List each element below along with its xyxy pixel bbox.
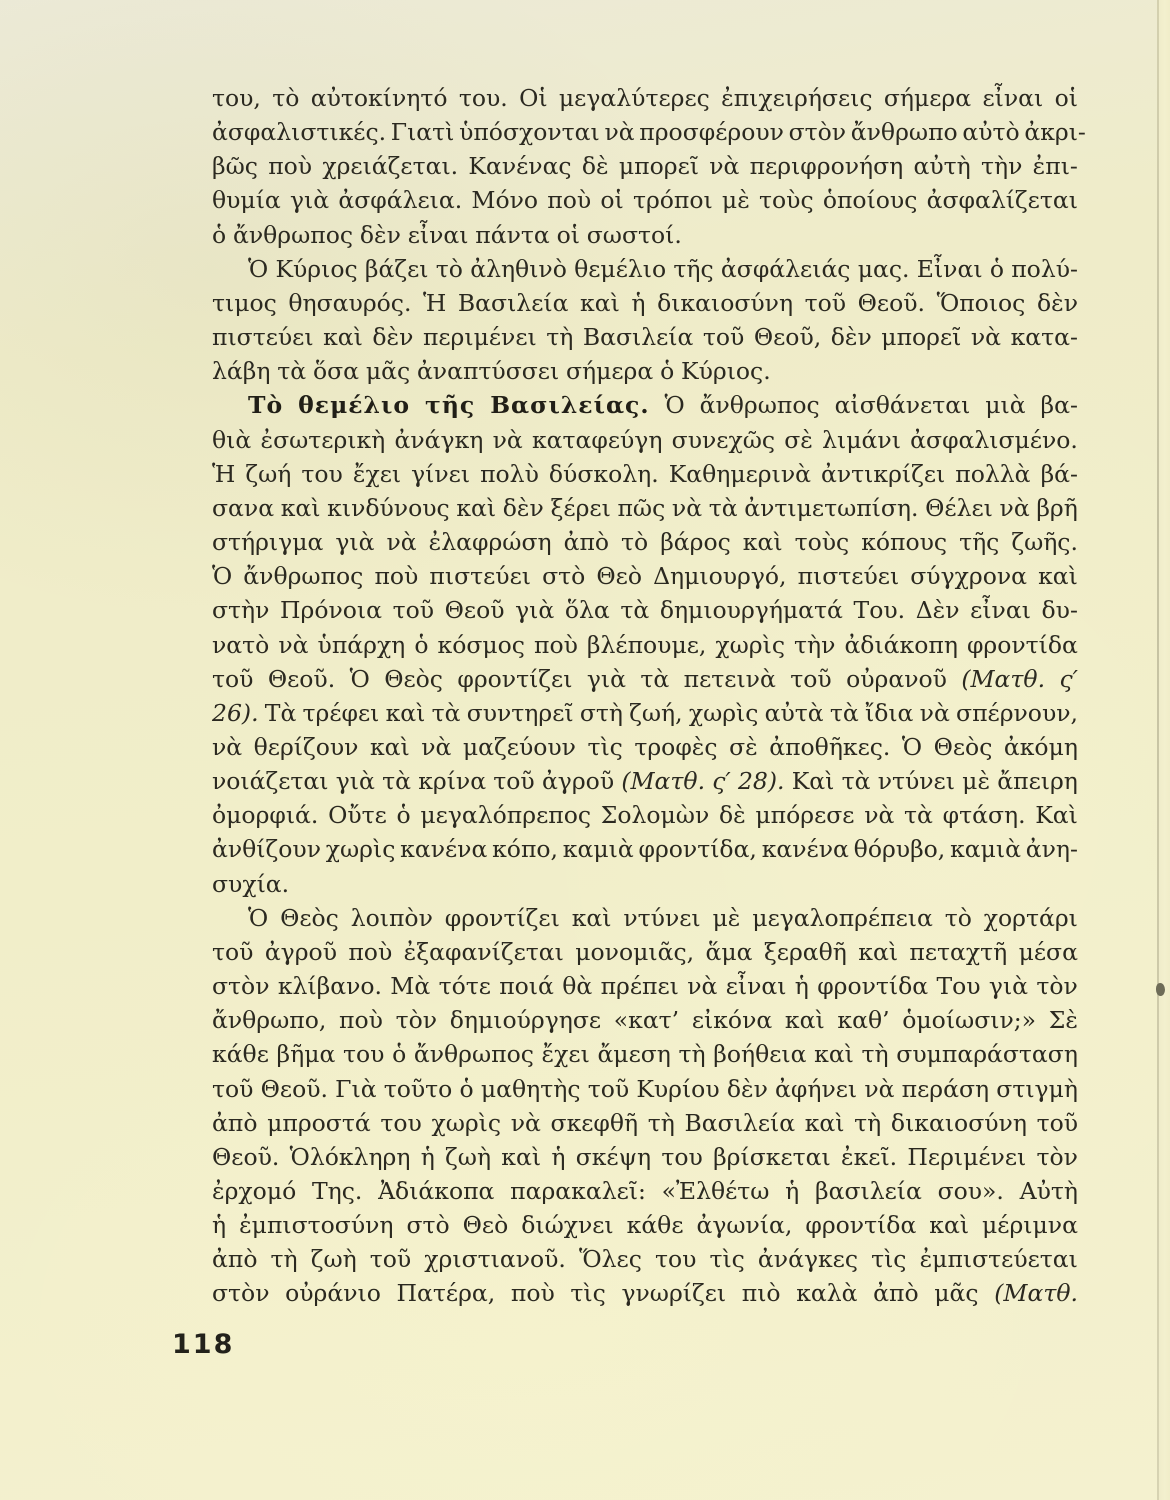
page-number: 118: [172, 1329, 234, 1360]
word: καὶ: [814, 1040, 854, 1068]
word: ντύνει: [623, 904, 700, 932]
word: ἐμπιστεύεται: [920, 1245, 1078, 1273]
word: τοῦ: [588, 1075, 629, 1103]
word: δὲ: [582, 152, 609, 180]
word: τῆς: [959, 528, 999, 556]
word: τὸ: [945, 904, 972, 932]
word: Οὔτε: [328, 801, 387, 829]
word: ὁ: [392, 1040, 406, 1068]
word: Του.: [854, 596, 906, 624]
word: μὲ: [962, 767, 990, 795]
book-page: του,τὸαὐτοκίνητότου.Οἱμεγαλύτερεςἐπιχειρ…: [0, 0, 1170, 1500]
word: ἴδια: [865, 699, 913, 727]
word: πετεινὰ: [684, 665, 776, 693]
text-line: τιμοςθησαυρός.ἩΒασιλείακαὶἡδικαιοσύνητοῦ…: [212, 289, 1078, 323]
word: θεμέλιο: [574, 255, 666, 283]
word: ποιά: [499, 972, 554, 1000]
word: λάβη: [212, 357, 270, 385]
text-line: ΤὸθεμέλιοτῆςΒασιλείας.Ὁἄνθρωποςαἰσθάνετα…: [212, 391, 1078, 425]
word: ἀσφαλίζεται: [927, 186, 1078, 214]
text-line: τοῦΘεοῦ.ὉΘεὸςφροντίζειγιὰτὰπετεινὰτοῦοὐρ…: [212, 665, 1078, 699]
word: αὐτὴ: [913, 152, 970, 180]
text-line: ἀσφαλιστικές.Γιατὶὑπόσχονταινὰπροσφέρουν…: [212, 118, 1078, 152]
word: ποὺ: [268, 152, 312, 180]
word: 28).: [738, 767, 785, 795]
word: ἐπι-: [1033, 152, 1078, 180]
word: ἐπιχειρήσεις: [721, 84, 872, 112]
word: Θεοῦ: [445, 596, 505, 624]
word: Τὰ: [265, 699, 297, 727]
text-line: Ἡζωήτουἔχειγίνειπολὺδύσκολη.Καθημερινὰἀν…: [212, 460, 1078, 494]
word: δημιουργήματά: [660, 596, 843, 624]
word: νὰ: [212, 733, 242, 761]
word: τὰ: [382, 767, 411, 795]
word: γιὰ: [989, 972, 1028, 1000]
word: αἰσθάνεται: [835, 391, 971, 419]
word: «κατ’: [614, 1006, 679, 1034]
word: προσφέρουν: [639, 118, 784, 146]
word: τὰ: [277, 357, 306, 385]
word: τιμος: [212, 289, 277, 317]
word: Καὶ: [1035, 801, 1078, 829]
word: γνωρίζει: [621, 1279, 726, 1307]
text-line: ἀπὸτὴζωὴτοῦχριστιανοῦ.Ὅλεςτουτὶςἀνάγκεςτ…: [212, 1245, 1078, 1279]
word: δύσκολη.: [549, 460, 659, 488]
word: Πατέρα,: [397, 1279, 496, 1307]
word: ὁ: [460, 1075, 474, 1103]
word: σωστοί.: [587, 221, 682, 249]
word: ἄμεση: [597, 1040, 670, 1068]
word: στὸν: [212, 1279, 269, 1307]
word: νοιάζεται: [212, 767, 329, 795]
word: σήμερα: [566, 357, 653, 385]
word: ἄνθρωπος: [700, 391, 820, 419]
word: νὰ: [687, 972, 717, 1000]
word: Δημιουργό,: [653, 562, 786, 590]
word: ἄνθρωπο,: [212, 1006, 326, 1034]
word: μιὰ: [985, 391, 1025, 419]
word: πολύ-: [1011, 255, 1078, 283]
word: Ὁ: [350, 665, 370, 693]
word: Ὁ: [248, 904, 268, 932]
word: τὴ: [546, 323, 573, 351]
word: ὑπάρχη: [318, 631, 406, 659]
word: ποὺ: [534, 631, 578, 659]
word: Θεοῦ.: [858, 289, 925, 317]
word: ἀντικρίζει: [821, 460, 945, 488]
word: ἄνθρωπος: [414, 1040, 534, 1068]
word: ἡ: [421, 1143, 435, 1171]
word: ἔχει: [353, 460, 401, 488]
word: τότε: [439, 972, 491, 1000]
word: ἀναπτύσσει: [417, 357, 559, 385]
text-line: στὸνκλίβανο.Μὰτότεποιάθὰπρέπεινὰεἶναιἡφρ…: [212, 972, 1078, 1006]
word: περιμένει: [423, 323, 537, 351]
word: Κανένας: [468, 152, 571, 180]
word: τοὺς: [759, 186, 814, 214]
word: βασιλεία: [815, 1177, 922, 1205]
word: Καθημερινὰ: [669, 460, 811, 488]
word: νὰ: [864, 1075, 894, 1103]
word: 26).: [212, 699, 259, 727]
word: οὐρανοῦ: [846, 665, 947, 693]
word: οἱ: [1055, 84, 1078, 112]
word: πῶς: [617, 494, 665, 522]
word: καμιὰ: [563, 835, 634, 863]
word: ποὺ: [348, 938, 392, 966]
word: νὰ: [511, 1109, 541, 1137]
word: Μὰ: [390, 972, 430, 1000]
word: δημιούργησε: [450, 1006, 601, 1034]
word: περιφρονήση: [750, 152, 904, 180]
word: πολλὰ: [955, 460, 1030, 488]
word: ἀγροῦ: [542, 767, 614, 795]
word: ἀνάγκη: [395, 426, 484, 454]
text-line: ἀπὸμπροστάτουχωρὶςνὰσκεφθῆτὴΒασιλείακαὶτ…: [212, 1109, 1078, 1143]
word: του.: [459, 84, 508, 112]
word: καὶ: [456, 494, 496, 522]
word: Ὁ: [664, 391, 684, 419]
word: εἶναι: [726, 972, 787, 1000]
word: καὶ: [572, 904, 612, 932]
word: γιὰ: [336, 767, 375, 795]
word: νὰ: [920, 699, 950, 727]
word: του: [655, 1245, 696, 1273]
text-line: βῶςποὺχρειάζεται.Κανέναςδὲμπορεῖνὰπεριφρ…: [212, 152, 1078, 186]
page-text-block: του,τὸαὐτοκίνητότου.Οἱμεγαλύτερεςἐπιχειρ…: [212, 84, 1078, 1314]
word: ἐκεῖ.: [841, 1143, 897, 1171]
word: τοῦ: [212, 665, 253, 693]
text-line: στὸνοὐράνιοΠατέρα,ποὺτὶςγνωρίζειπιὸκαλὰἀ…: [212, 1279, 1078, 1313]
word: φροντίζει: [457, 665, 572, 693]
word: βά-: [1041, 460, 1078, 488]
word: Ἡ: [423, 289, 446, 317]
word: μὲ: [713, 904, 741, 932]
word: στὸν: [789, 118, 846, 146]
word: τὰ: [640, 665, 669, 693]
word: νὰ: [1000, 494, 1030, 522]
word: ὅσα: [313, 357, 359, 385]
word: ἡ: [795, 972, 809, 1000]
word: ξέρει: [550, 494, 610, 522]
word: ἀκόμη: [1004, 733, 1078, 761]
word: ὀμορφιά.: [212, 801, 318, 829]
word: νὰ: [604, 118, 634, 146]
word: Κυρίου: [636, 1075, 719, 1103]
word: πιὸ: [742, 1279, 781, 1307]
ink-speck: [1156, 983, 1165, 996]
word: τὶς: [871, 1245, 906, 1273]
text-line: τοῦἀγροῦποὺἐξαφανίζεταιμονομιᾶς,ἅμαξεραθ…: [212, 938, 1078, 972]
word: ξεραθῆ: [764, 938, 847, 966]
word: τοῦ: [805, 289, 846, 317]
word: Βασιλείας.: [490, 391, 649, 419]
word: νὰ: [278, 631, 308, 659]
word: χωρὶς: [689, 699, 759, 727]
text-line: ἀνθίζουνχωρὶςκανένακόπο,καμιὰφροντίδα,κα…: [212, 835, 1078, 869]
word: συνεχῶς: [672, 426, 775, 454]
word: εἶναι: [970, 596, 1031, 624]
word: εἶναι: [982, 84, 1043, 112]
word: στὸ: [406, 1211, 449, 1239]
word: Θεὸς: [384, 665, 443, 693]
word: μαθητὴς: [481, 1075, 581, 1103]
word: μᾶς: [366, 357, 410, 385]
word: Γιὰ: [335, 1075, 376, 1103]
word: εἶναι: [408, 221, 469, 249]
text-line: λάβητὰὅσαμᾶςἀναπτύσσεισήμεραὁΚύριος.: [212, 357, 1078, 391]
word: καὶ: [386, 699, 426, 727]
word: χωρὶς: [431, 1109, 501, 1137]
word: σὲ: [784, 426, 813, 454]
word: Της.: [312, 1177, 362, 1205]
word: ἅμα: [705, 938, 752, 966]
word: ἐλαφρώση: [429, 528, 552, 556]
word: ἄνθρωπος: [233, 221, 353, 249]
word: λιμάνι: [822, 426, 901, 454]
word: νὰ: [971, 323, 1001, 351]
word: κόπο,: [492, 835, 558, 863]
word: δὲν: [372, 323, 413, 351]
word: ζωὴ: [445, 1143, 491, 1171]
word: Καὶ: [792, 767, 835, 795]
word: βλέπουμε,: [587, 631, 706, 659]
word: βῆμα: [277, 1040, 336, 1068]
word: ἡ: [551, 1143, 565, 1171]
word: Βασιλεία: [583, 323, 694, 351]
word: πιστεύει: [798, 562, 900, 590]
word: (Ματθ.: [621, 767, 705, 795]
word: συμπαράσταση: [896, 1040, 1078, 1068]
word: Ἀδιάκοπα: [378, 1177, 494, 1205]
word: γιὰ: [515, 596, 554, 624]
word: φροντίδα: [805, 1211, 916, 1239]
word: πολὺ: [480, 460, 539, 488]
word: μας.: [858, 255, 910, 283]
word: «Ἐλθέτω: [662, 1177, 770, 1205]
word: Ὅλες: [579, 1245, 642, 1273]
word: γιὰ: [335, 528, 374, 556]
word: ἄνθρωπος: [243, 562, 363, 590]
word: ἀφήνει: [775, 1075, 857, 1103]
word: Θεὸ: [596, 562, 642, 590]
text-line: 26).Τὰτρέφεικαὶτὰσυντηρεῖστὴζωή,χωρὶςαὐτ…: [212, 699, 1078, 733]
word: τὶς: [709, 1245, 744, 1273]
word: ζωή: [245, 460, 291, 488]
word: τὸ: [436, 255, 463, 283]
word: τοῦ: [493, 767, 534, 795]
word: θὰ: [562, 972, 592, 1000]
word: ἀνθίζουν: [212, 835, 321, 863]
word: Θεὸ: [463, 1211, 509, 1239]
word: Πρόνοια: [280, 596, 382, 624]
word: σήμερα: [884, 84, 971, 112]
text-line: ὉΘεὸςλοιπὸνφροντίζεικαὶντύνειμὲμεγαλοπρέ…: [212, 904, 1078, 938]
word: ς′: [1059, 665, 1078, 693]
word: Ὁ: [248, 255, 268, 283]
word: εἰκόνα: [692, 1006, 772, 1034]
word: Κύριος.: [681, 357, 771, 385]
word: τὶς: [570, 1279, 605, 1307]
word: νὰ: [421, 733, 451, 761]
word: κινδύνους: [327, 494, 450, 522]
word: τοῦτο: [384, 1075, 453, 1103]
word: τοῦ: [1037, 1109, 1078, 1137]
word: τὰ: [904, 801, 933, 829]
word: αὐτὰ: [765, 699, 824, 727]
word: φτάση.: [943, 801, 1026, 829]
word: τῆς: [673, 255, 713, 283]
paragraph: του,τὸαὐτοκίνητότου.Οἱμεγαλύτερεςἐπιχειρ…: [212, 84, 1078, 255]
word: τὸν: [396, 1006, 437, 1034]
word: δὲν: [360, 221, 401, 249]
word: ἐξαφανίζεται: [404, 938, 564, 966]
word: στὴ: [580, 699, 623, 727]
word: νὰ: [386, 528, 416, 556]
word: πιστεύει: [212, 323, 314, 351]
word: ἀγροῦ: [265, 938, 337, 966]
word: τοῦ: [393, 596, 434, 624]
word: Ἡ: [212, 460, 235, 488]
word: του,: [212, 84, 261, 112]
word: ἡ: [631, 289, 645, 317]
word: κλίβανο.: [278, 972, 382, 1000]
word: ἀνάγκες: [758, 1245, 858, 1273]
text-line: ἄνθρωπο,ποὺτὸνδημιούργησε«κατ’εἰκόνακαὶκ…: [212, 1006, 1078, 1040]
word: ἀνη-: [1026, 835, 1078, 863]
word: τὰ: [432, 699, 461, 727]
word: καμιὰ: [950, 835, 1021, 863]
word: τὴ: [854, 1109, 881, 1137]
word: καὶ: [1038, 562, 1078, 590]
word: κρίνα: [418, 767, 486, 795]
word: του: [661, 1143, 702, 1171]
text-line: νὰθερίζουνκαὶνὰμαζεύουντὶςτροφὲςσὲἀποθῆκ…: [212, 733, 1078, 767]
word: σὲ: [729, 733, 758, 761]
word: στὸν: [212, 972, 269, 1000]
word: θεμέλιο: [298, 391, 410, 419]
word: αὐτὸ: [962, 118, 1019, 146]
word: χριστιανοῦ.: [424, 1245, 566, 1273]
word: στήριγμα: [212, 528, 323, 556]
word: του: [343, 1040, 384, 1068]
word: ἀδιάκοπη: [844, 631, 957, 659]
word: σπέρνουν,: [956, 699, 1078, 727]
word: μεγαλύτερες: [559, 84, 710, 112]
word: τοῦ: [790, 665, 831, 693]
text-line: κάθεβῆματουὁἄνθρωποςἔχειἄμεσητὴβοήθειακα…: [212, 1040, 1078, 1074]
text-line: του,τὸαὐτοκίνητότου.Οἱμεγαλύτερεςἐπιχειρ…: [212, 84, 1078, 118]
word: καὶ: [858, 938, 898, 966]
word: (Ματθ.: [961, 665, 1045, 693]
word: οἱ: [557, 221, 580, 249]
word: κάθε: [627, 1211, 684, 1239]
word: λοιπὸν: [351, 904, 433, 932]
text-line: ὉΚύριοςβάζειτὸἀληθινὸθεμέλιοτῆςἀσφάλειάς…: [212, 255, 1078, 289]
word: καὶ: [743, 528, 783, 556]
word: Αὐτὴ: [1020, 1177, 1078, 1205]
word: Του: [936, 972, 980, 1000]
word: κανένα: [762, 835, 849, 863]
word: ἐσωτερικὴ: [260, 426, 385, 454]
word: νὰ: [864, 801, 894, 829]
word: Γιατὶ: [391, 118, 455, 146]
word: ἀπὸ: [564, 528, 609, 556]
word: μπροστά: [267, 1109, 371, 1137]
word: Θεοῦ.: [268, 665, 335, 693]
word: θιὰ: [212, 426, 251, 454]
word: γιὰ: [587, 665, 626, 693]
word: Τὸ: [248, 391, 283, 419]
word: οὐράνιο: [285, 1279, 381, 1307]
page-edge: [1157, 0, 1170, 1500]
word: δὲ: [719, 801, 746, 829]
word: ὁ: [212, 221, 226, 249]
word: χωρὶς: [715, 631, 785, 659]
word: φροντίδα,: [639, 835, 757, 863]
word: ποὺ: [547, 186, 591, 214]
word: ὁ: [414, 631, 428, 659]
word: μέσα: [1019, 938, 1078, 966]
word: νὰ: [493, 426, 523, 454]
word: πεταχτῆ: [909, 938, 1007, 966]
word: σύγχρονα: [910, 562, 1027, 590]
word: τοῦ: [370, 1245, 411, 1273]
word: Θέλει: [925, 494, 993, 522]
word: ἐρχομό: [212, 1177, 296, 1205]
word: βῶς: [212, 152, 258, 180]
word: Θεοῦ,: [754, 323, 821, 351]
text-line: ὀμορφιά.ΟὔτεὁμεγαλόπρεποςΣολομὼνδὲμπόρεσ…: [212, 801, 1078, 835]
word: καταφεύγη: [532, 426, 662, 454]
word: δικαιοσύνη: [657, 289, 793, 317]
word: δὲν: [503, 494, 544, 522]
word: ζωή,: [629, 699, 682, 727]
word: ὁποίους: [823, 186, 918, 214]
word: τὰ: [620, 596, 649, 624]
word: κόπους: [861, 528, 947, 556]
word: ὑπόσχονται: [459, 118, 600, 146]
word: νατὸ: [212, 631, 269, 659]
word: ἀκρι-: [1024, 118, 1086, 146]
word: φροντίδα: [967, 631, 1078, 659]
paragraph: ὉΚύριοςβάζειτὸἀληθινὸθεμέλιοτῆςἀσφάλειάς…: [212, 255, 1078, 392]
word: καὶ: [370, 733, 410, 761]
word: γιὰ: [290, 186, 329, 214]
word: τὴ: [271, 1245, 298, 1273]
word: ἀπὸ: [212, 1245, 257, 1273]
word: μονομιᾶς,: [575, 938, 694, 966]
word: βάζει: [365, 255, 429, 283]
text-line: θιὰἐσωτερικὴἀνάγκηνὰκαταφεύγησυνεχῶςσὲλι…: [212, 426, 1078, 460]
word: τρόποι: [633, 186, 713, 214]
word: βρῆ: [1036, 494, 1077, 522]
word: κάθε: [212, 1040, 269, 1068]
word: Κύριος: [275, 255, 357, 283]
word: καὶ: [501, 1143, 541, 1171]
word: τὴ: [648, 1109, 675, 1137]
word: ἀπὸ: [873, 1279, 918, 1307]
word: νὰ: [672, 494, 702, 522]
word: σκέψη: [576, 1143, 651, 1171]
word: χρειάζεται.: [322, 152, 458, 180]
word: τοῦ: [212, 1075, 253, 1103]
word: τὰ: [830, 699, 859, 727]
text-line: τοῦΘεοῦ.ΓιὰτοῦτοὁμαθητὴςτοῦΚυρίουδὲνἀφήν…: [212, 1075, 1078, 1109]
word: γίνει: [411, 460, 470, 488]
word: τοῦ: [212, 938, 253, 966]
word: Οἱ: [519, 84, 547, 112]
